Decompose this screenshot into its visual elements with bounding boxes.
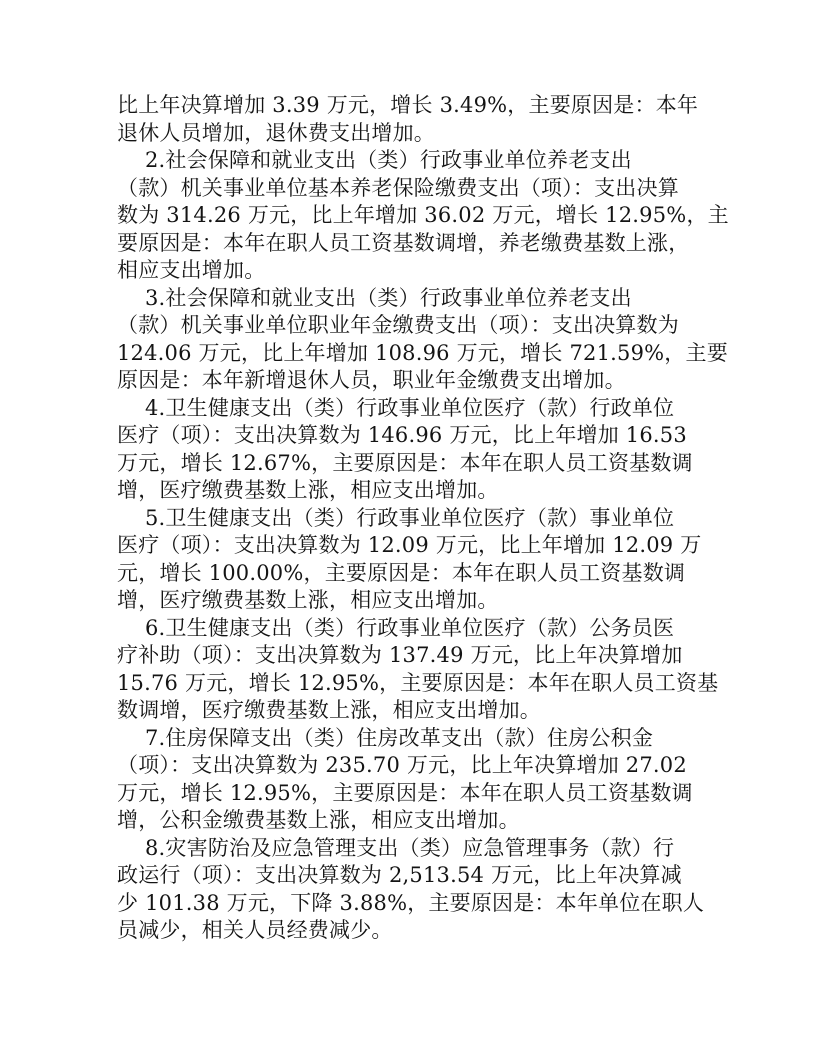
paragraph: 5.卫生健康支出（类）行政事业单位医疗（款）事业单位医疗（项）：支出决算数为 1… [117,505,726,615]
text-line: 医疗（项）：支出决算数为 146.96 万元，比上年增加 16.53 [117,422,726,450]
text-line: 8.灾害防治及应急管理支出（类）应急管理事务（款）行 [117,835,726,863]
text-line: 万元，增长 12.95%，主要原因是：本年在职人员工资基数调 [117,780,726,808]
text-line: 6.卫生健康支出（类）行政事业单位医疗（款）公务员医 [117,615,726,643]
text-line: 数为 314.26 万元，比上年增加 36.02 万元，增长 12.95%，主 [117,202,726,230]
paragraph: 8.灾害防治及应急管理支出（类）应急管理事务（款）行政运行（项）：支出决算数为 … [117,835,726,945]
text-line: 4.卫生健康支出（类）行政事业单位医疗（款）行政单位 [117,395,726,423]
text-line: 124.06 万元，比上年增加 108.96 万元，增长 721.59%，主要 [117,340,726,368]
paragraph: 4.卫生健康支出（类）行政事业单位医疗（款）行政单位医疗（项）：支出决算数为 1… [117,395,726,505]
text-line: （项）：支出决算数为 235.70 万元，比上年决算增加 27.02 [117,752,726,780]
paragraph: 3.社会保障和就业支出（类）行政事业单位养老支出（款）机关事业单位职业年金缴费支… [117,285,726,395]
paragraph: 2.社会保障和就业支出（类）行政事业单位养老支出（款）机关事业单位基本养老保险缴… [117,147,726,285]
text-line: 原因是：本年新增退休人员，职业年金缴费支出增加。 [117,367,726,395]
text-line: 万元，增长 12.67%，主要原因是：本年在职人员工资基数调 [117,450,726,478]
text-line: 元，增长 100.00%，主要原因是：本年在职人员工资基数调 [117,560,726,588]
text-line: 员减少，相关人员经费减少。 [117,917,726,945]
text-line: 3.社会保障和就业支出（类）行政事业单位养老支出 [117,285,726,313]
text-line: （款）机关事业单位基本养老保险缴费支出（项）：支出决算 [117,175,726,203]
text-line: 15.76 万元，增长 12.95%，主要原因是：本年在职人员工资基 [117,670,726,698]
paragraph: 比上年决算增加 3.39 万元，增长 3.49%，主要原因是：本年退休人员增加，… [117,92,726,147]
text-line: 5.卫生健康支出（类）行政事业单位医疗（款）事业单位 [117,505,726,533]
text-line: 增，医疗缴费基数上涨，相应支出增加。 [117,477,726,505]
paragraph: 7.住房保障支出（类）住房改革支出（款）住房公积金（项）：支出决算数为 235.… [117,725,726,835]
text-line: 少 101.38 万元，下降 3.88%，主要原因是：本年单位在职人 [117,890,726,918]
text-line: 数调增，医疗缴费基数上涨，相应支出增加。 [117,697,726,725]
text-line: 比上年决算增加 3.39 万元，增长 3.49%，主要原因是：本年 [117,92,726,120]
text-line: 要原因是：本年在职人员工资基数调增，养老缴费基数上涨， [117,230,726,258]
text-line: 7.住房保障支出（类）住房改革支出（款）住房公积金 [117,725,726,753]
text-line: 增，医疗缴费基数上涨，相应支出增加。 [117,587,726,615]
paragraph: 6.卫生健康支出（类）行政事业单位医疗（款）公务员医疗补助（项）：支出决算数为 … [117,615,726,725]
text-line: 疗补助（项）：支出决算数为 137.49 万元，比上年决算增加 [117,642,726,670]
text-line: （款）机关事业单位职业年金缴费支出（项）：支出决算数为 [117,312,726,340]
text-line: 医疗（项）：支出决算数为 12.09 万元，比上年增加 12.09 万 [117,532,726,560]
text-line: 2.社会保障和就业支出（类）行政事业单位养老支出 [117,147,726,175]
text-line: 退休人员增加，退休费支出增加。 [117,120,726,148]
document-page: 比上年决算增加 3.39 万元，增长 3.49%，主要原因是：本年退休人员增加，… [0,0,816,1056]
text-line: 增，公积金缴费基数上涨，相应支出增加。 [117,807,726,835]
text-line: 相应支出增加。 [117,257,726,285]
text-line: 政运行（项）：支出决算数为 2,513.54 万元，比上年决算减 [117,862,726,890]
